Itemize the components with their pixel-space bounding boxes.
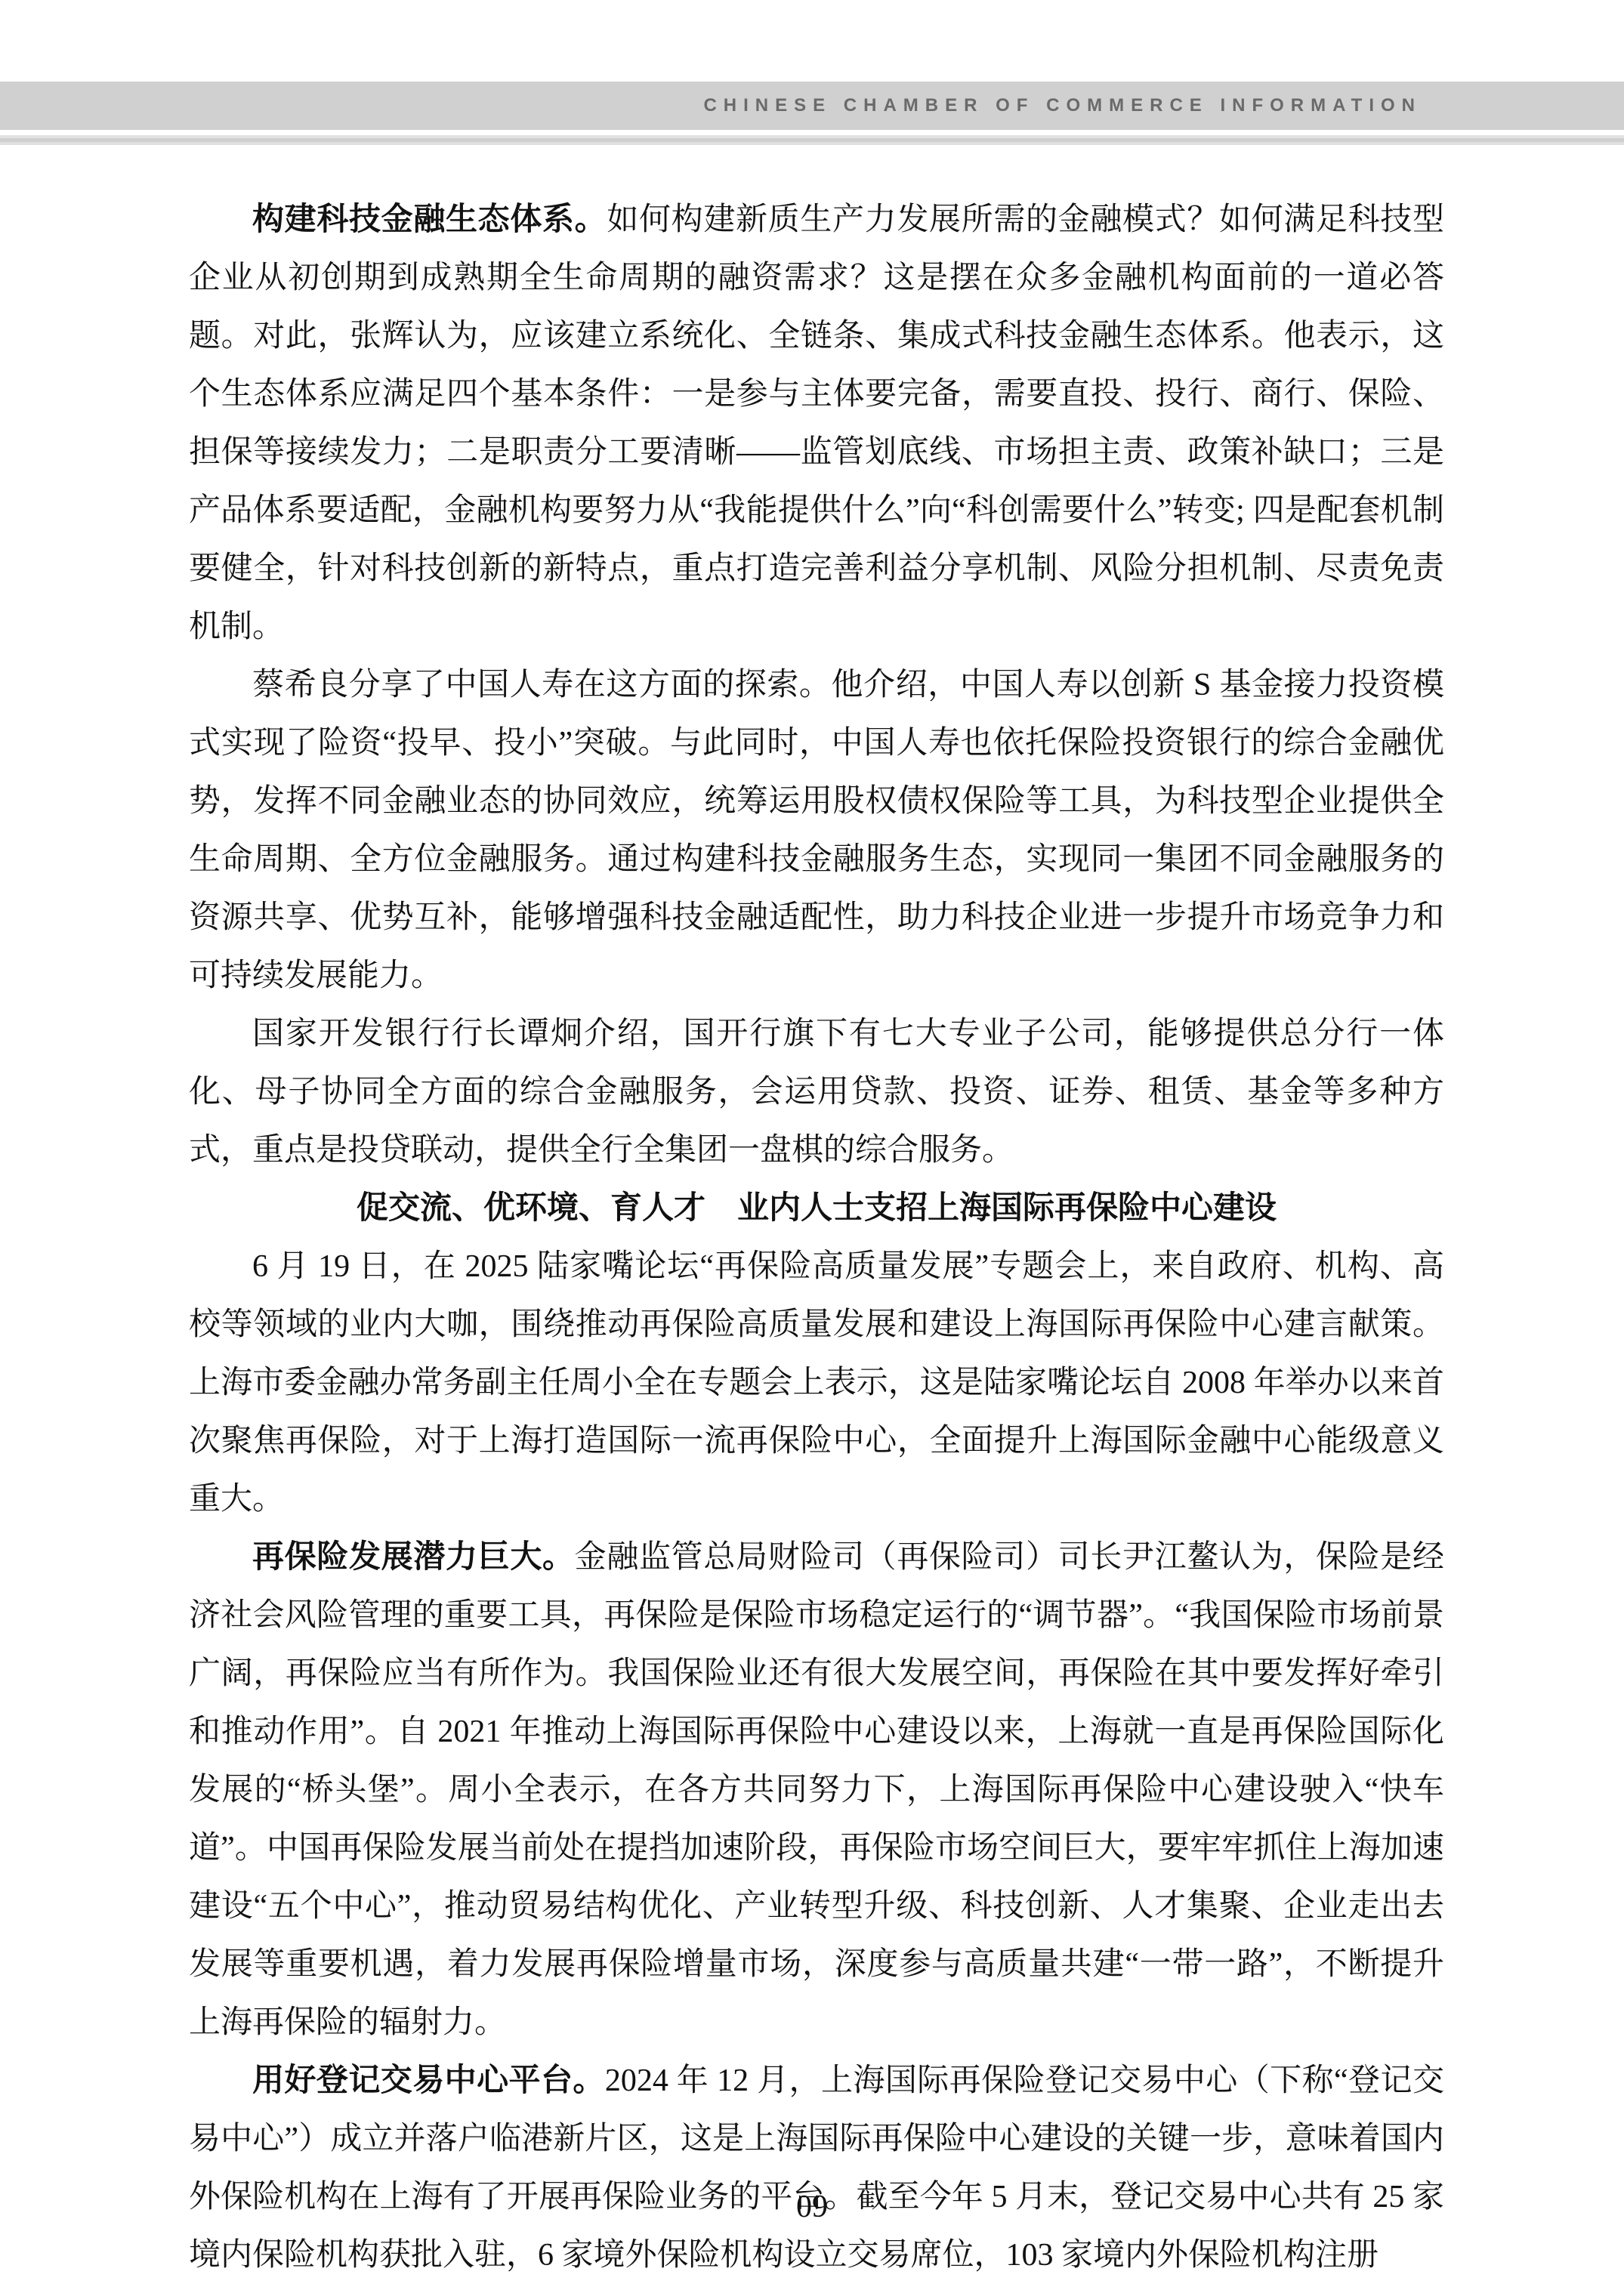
document-page: CHINESE CHAMBER OF COMMERCE INFORMATION … [0,0,1624,2293]
paragraph-lead: 再保险发展潜力巨大。 [252,1540,575,1575]
paragraph-lead: 用好登记交易中心平台。 [252,2063,605,2098]
paragraph-lead: 构建科技金融生态体系。 [252,202,607,237]
paragraph: 再保险发展潜力巨大。金融监管总局财险司（再保险司）司长尹江鳌认为，保险是经济社会… [189,1529,1444,2052]
paragraph: 国家开发银行行长谭炯介绍，国开行旗下有七大专业子公司，能够提供总分行一体化、母子… [189,1005,1444,1180]
header-rule-line [0,135,1624,145]
paragraph: 蔡希良分享了中国人寿在这方面的探索。他介绍，中国人寿以创新 S 基金接力投资模式… [189,656,1444,1005]
paragraph: 6 月 19 日，在 2025 陆家嘴论坛“再保险高质量发展”专题会上，来自政府… [189,1238,1444,1529]
header-title: CHINESE CHAMBER OF COMMERCE INFORMATION [703,95,1422,116]
article-body: 构建科技金融生态体系。如何构建新质生产力发展所需的金融模式？如何满足科技型企业从… [189,191,1444,2285]
section-heading: 促交流、优环境、育人才 业内人士支招上海国际再保险中心建设 [189,1180,1444,1238]
header-bar: CHINESE CHAMBER OF COMMERCE INFORMATION [0,82,1624,130]
paragraph: 用好登记交易中心平台。2024 年 12 月，上海国际再保险登记交易中心（下称“… [189,2052,1444,2285]
paragraph: 构建科技金融生态体系。如何构建新质生产力发展所需的金融模式？如何满足科技型企业从… [189,191,1444,656]
page-number: 09 [0,2189,1624,2225]
